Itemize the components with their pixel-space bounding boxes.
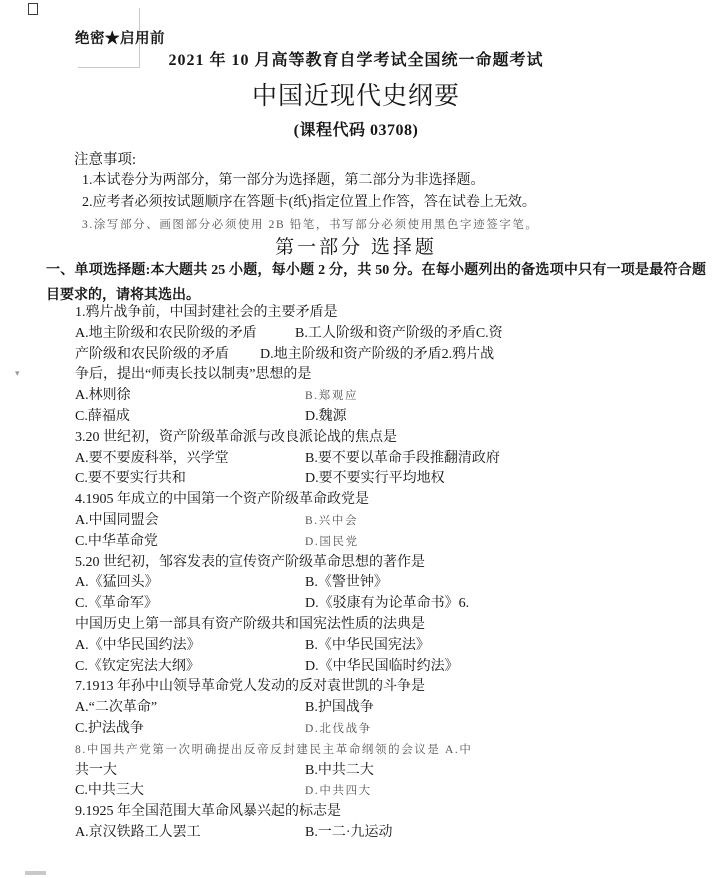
question-line: 产阶级和农民阶级的矛盾D.地主阶级和资产阶级的矛盾2.鸦片战 xyxy=(75,345,707,366)
option-left: C.《钦定宪法大纲》 xyxy=(75,657,305,678)
margin-marker-icon: ▾ xyxy=(15,369,20,379)
option-right: D.中共四大 xyxy=(305,785,372,797)
question-line: C.薛福成D.魏源 xyxy=(75,407,707,428)
option-right: D.要不要实行平均地权 xyxy=(305,471,445,486)
option-left: C.护法战争 xyxy=(75,719,305,740)
question-line: C.《革命军》D.《驳康有为论革命书》6. xyxy=(75,594,707,615)
option-left: A.地主阶级和农民阶级的矛盾 xyxy=(75,324,295,345)
notice-line: 1.本试卷分为两部分，第一部分为选择题，第二部分为非选择题。 xyxy=(82,170,682,192)
option-right: D.《驳康有为论革命书》6. xyxy=(305,596,469,611)
option-right: B.郑观应 xyxy=(305,390,358,402)
question-line: 中国历史上第一部具有资产阶级共和国宪法性质的法典是 xyxy=(75,615,707,636)
option-left: A.中国同盟会 xyxy=(75,511,305,532)
option-right: D.魏源 xyxy=(305,409,347,424)
option-right: B.《中华民国宪法》 xyxy=(305,638,430,653)
exam-paper-page: ▾ 绝密★启用前 2021 年 10 月高等教育自学考试全国统一命题考试 中国近… xyxy=(0,0,712,878)
notes-heading: 注意事项: xyxy=(74,148,136,169)
exam-title: 中国近现代史纲要 xyxy=(0,76,712,112)
option-right: B.中共二大 xyxy=(305,763,374,778)
option-left: A.《猛回头》 xyxy=(75,573,305,594)
notice-line: 2.应考者必须按试题顺序在答题卡(纸)指定位置上作答，答在试卷上无效。 xyxy=(82,192,682,214)
option-right: B.兴中会 xyxy=(305,515,358,527)
exam-session-title: 2021 年 10 月高等教育自学考试全国统一命题考试 xyxy=(0,47,712,70)
question-line: A.《猛回头》B.《警世钟》 xyxy=(75,573,707,594)
question-lines: 1.鸦片战争前，中国封建社会的主要矛盾是A.地主阶级和农民阶级的矛盾B.工人阶级… xyxy=(75,303,707,844)
text-boundary-bottom-mark xyxy=(25,871,46,875)
secrecy-label: 绝密★启用前 xyxy=(75,27,165,48)
option-left: A.要不要废科举，兴学堂 xyxy=(75,449,305,470)
question-line: C.中华革命党D.国民党 xyxy=(75,532,707,553)
option-left: 共一大 xyxy=(75,761,305,782)
question-line: A.“二次革命”B.护国战争 xyxy=(75,698,707,719)
question-line: 7.1913 年孙中山领导革命党人发动的反对袁世凯的斗争是 xyxy=(75,677,707,698)
option-left: A.《中华民国约法》 xyxy=(75,636,305,657)
option-left: 产阶级和农民阶级的矛盾 xyxy=(75,345,260,366)
part-one-heading: 第一部分 选择题 xyxy=(0,232,712,259)
question-line: 5.20 世纪初，邹容发表的宣传资产阶级革命思想的著作是 xyxy=(75,553,707,574)
question-line: 共一大B.中共二大 xyxy=(75,761,707,782)
question-line: 4.1905 年成立的中国第一个资产阶级革命政党是 xyxy=(75,490,707,511)
option-left: C.中华革命党 xyxy=(75,532,305,553)
option-right: B.护国战争 xyxy=(305,700,374,715)
question-line: 8.中国共产党第一次明确提出反帝反封建民主革命纲领的会议是 A.中 xyxy=(75,740,707,761)
option-right: B.要不要以革命手段推翻清政府 xyxy=(305,451,500,466)
question-line: 3.20 世纪初，资产阶级革命派与改良派论战的焦点是 xyxy=(75,428,707,449)
notices: 1.本试卷分为两部分，第一部分为选择题，第二部分为非选择题。2.应考者必须按试题… xyxy=(82,170,682,236)
question-line: C.《钦定宪法大纲》D.《中华民国临时约法》 xyxy=(75,657,707,678)
question-line: A.要不要废科举，兴学堂B.要不要以革命手段推翻清政府 xyxy=(75,449,707,470)
option-right: D.地主阶级和资产阶级的矛盾2.鸦片战 xyxy=(260,347,494,362)
option-right: D.北伐战争 xyxy=(305,723,372,735)
question-line: 争后，提出“师夷长技以制夷”思想的是 xyxy=(75,365,707,386)
question-line: A.地主阶级和农民阶级的矛盾B.工人阶级和资产阶级的矛盾C.资 xyxy=(75,324,707,345)
option-left: C.中共三大 xyxy=(75,781,305,802)
question-line: A.京汉铁路工人罢工B.一二·九运动 xyxy=(75,823,707,844)
question-line: 1.鸦片战争前，中国封建社会的主要矛盾是 xyxy=(75,303,707,324)
option-right: B.《警世钟》 xyxy=(305,575,388,590)
question-line: C.要不要实行共和D.要不要实行平均地权 xyxy=(75,469,707,490)
question-line: C.中共三大D.中共四大 xyxy=(75,781,707,802)
option-left: A.京汉铁路工人罢工 xyxy=(75,823,305,844)
question-line: A.《中华民国约法》B.《中华民国宪法》 xyxy=(75,636,707,657)
option-left: C.薛福成 xyxy=(75,407,305,428)
option-right: B.一二·九运动 xyxy=(305,825,393,840)
question-line: A.中国同盟会B.兴中会 xyxy=(75,511,707,532)
page-edge-artifact xyxy=(28,3,38,15)
question-line: C.护法战争D.北伐战争 xyxy=(75,719,707,740)
option-left: A.林则徐 xyxy=(75,386,305,407)
option-right: D.《中华民国临时约法》 xyxy=(305,659,459,674)
option-left: C.《革命军》 xyxy=(75,594,305,615)
option-left: A.“二次革命” xyxy=(75,698,305,719)
section-intro: 一、单项选择题:本大题共 25 小题，每小题 2 分，共 50 分。在每小题列出… xyxy=(46,259,706,308)
option-right: D.国民党 xyxy=(305,536,359,548)
option-left: C.要不要实行共和 xyxy=(75,469,305,490)
course-code: (课程代码 03708) xyxy=(0,117,712,140)
option-right: B.工人阶级和资产阶级的矛盾C.资 xyxy=(295,326,503,341)
question-line: 9.1925 年全国范围大革命风暴兴起的标志是 xyxy=(75,802,707,823)
question-line: A.林则徐B.郑观应 xyxy=(75,386,707,407)
